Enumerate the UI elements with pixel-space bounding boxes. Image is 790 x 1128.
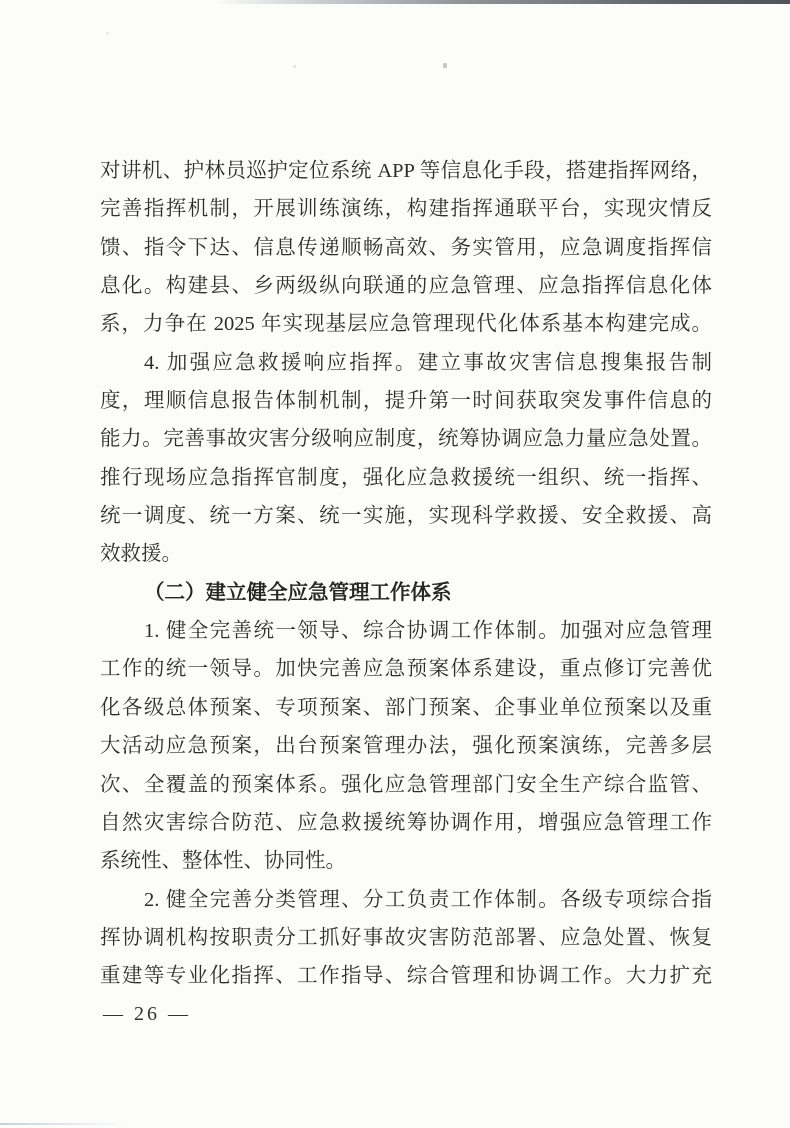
paragraph-end-line: 系统性、整体性、协同性。 xyxy=(100,842,712,880)
paragraph-end-line: 效救援。 xyxy=(100,535,712,573)
paragraph-start-line: 2. 健全完善分类管理、分工负责工作体制。各级专项综合指 xyxy=(100,881,712,919)
paragraph-start-line: 4. 加强应急救援响应指挥。建立事故灾害信息搜集报告制 xyxy=(100,344,712,382)
text-line: 次、全覆盖的预案体系。强化应急管理部门安全生产综合监管、 xyxy=(100,766,712,804)
scan-speck xyxy=(106,32,109,35)
text-line: 能力。完善事故灾害分级响应制度，统筹协调应急力量应急处置。 xyxy=(100,420,712,458)
text-line: 对讲机、护林员巡护定位系统 APP 等信息化手段，搭建指挥网络， xyxy=(100,152,712,190)
text-line: 工作的统一领导。加快完善应急预案体系建设，重点修订完善优 xyxy=(100,650,712,688)
scan-speck xyxy=(443,63,447,68)
scanned-document-page: 对讲机、护林员巡护定位系统 APP 等信息化手段，搭建指挥网络， 完善指挥机制，… xyxy=(0,0,790,1128)
text-line: 息化。构建县、乡两级纵向联通的应急管理、应急指挥信息化体 xyxy=(100,267,712,305)
paragraph-start-line: 1. 健全完善统一领导、综合协调工作体制。加强对应急管理 xyxy=(100,612,712,650)
text-line: 统一调度、统一方案、统一实施，实现科学救援、安全救援、高 xyxy=(100,497,712,535)
page-number: — 26 — xyxy=(103,1003,191,1026)
text-line: 系，力争在 2025 年实现基层应急管理现代化体系基本构建完成。 xyxy=(100,305,712,343)
text-line: 自然灾害综合防范、应急救援统筹协调作用，增强应急管理工作 xyxy=(100,804,712,842)
text-line: 度，理顺信息报告体制机制，提升第一时间获取突发事件信息的 xyxy=(100,382,712,420)
text-line: 完善指挥机制，开展训练演练，构建指挥通联平台，实现灾情反 xyxy=(100,190,712,228)
text-line: 化各级总体预案、专项预案、部门预案、企事业单位预案以及重 xyxy=(100,689,712,727)
document-body: 对讲机、护林员巡护定位系统 APP 等信息化手段，搭建指挥网络， 完善指挥机制，… xyxy=(100,152,712,996)
text-line: 大活动应急预案，出台预案管理办法，强化预案演练，完善多层 xyxy=(100,727,712,765)
text-line: 挥协调机构按职责分工抓好事故灾害防范部署、应急处置、恢复 xyxy=(100,919,712,957)
text-line: 推行现场应急指挥官制度，强化应急救援统一组织、统一指挥、 xyxy=(100,459,712,497)
scan-artifact-top-edge xyxy=(0,0,790,4)
scan-artifact-bottom-edge xyxy=(0,1123,128,1125)
scan-speck xyxy=(293,65,296,68)
section-heading: （二）建立健全应急管理工作体系 xyxy=(100,574,712,612)
text-line: 重建等专业化指挥、工作指导、综合管理和协调工作。大力扩充 xyxy=(100,957,712,995)
text-line: 馈、指令下达、信息传递顺畅高效、务实管用，应急调度指挥信 xyxy=(100,229,712,267)
